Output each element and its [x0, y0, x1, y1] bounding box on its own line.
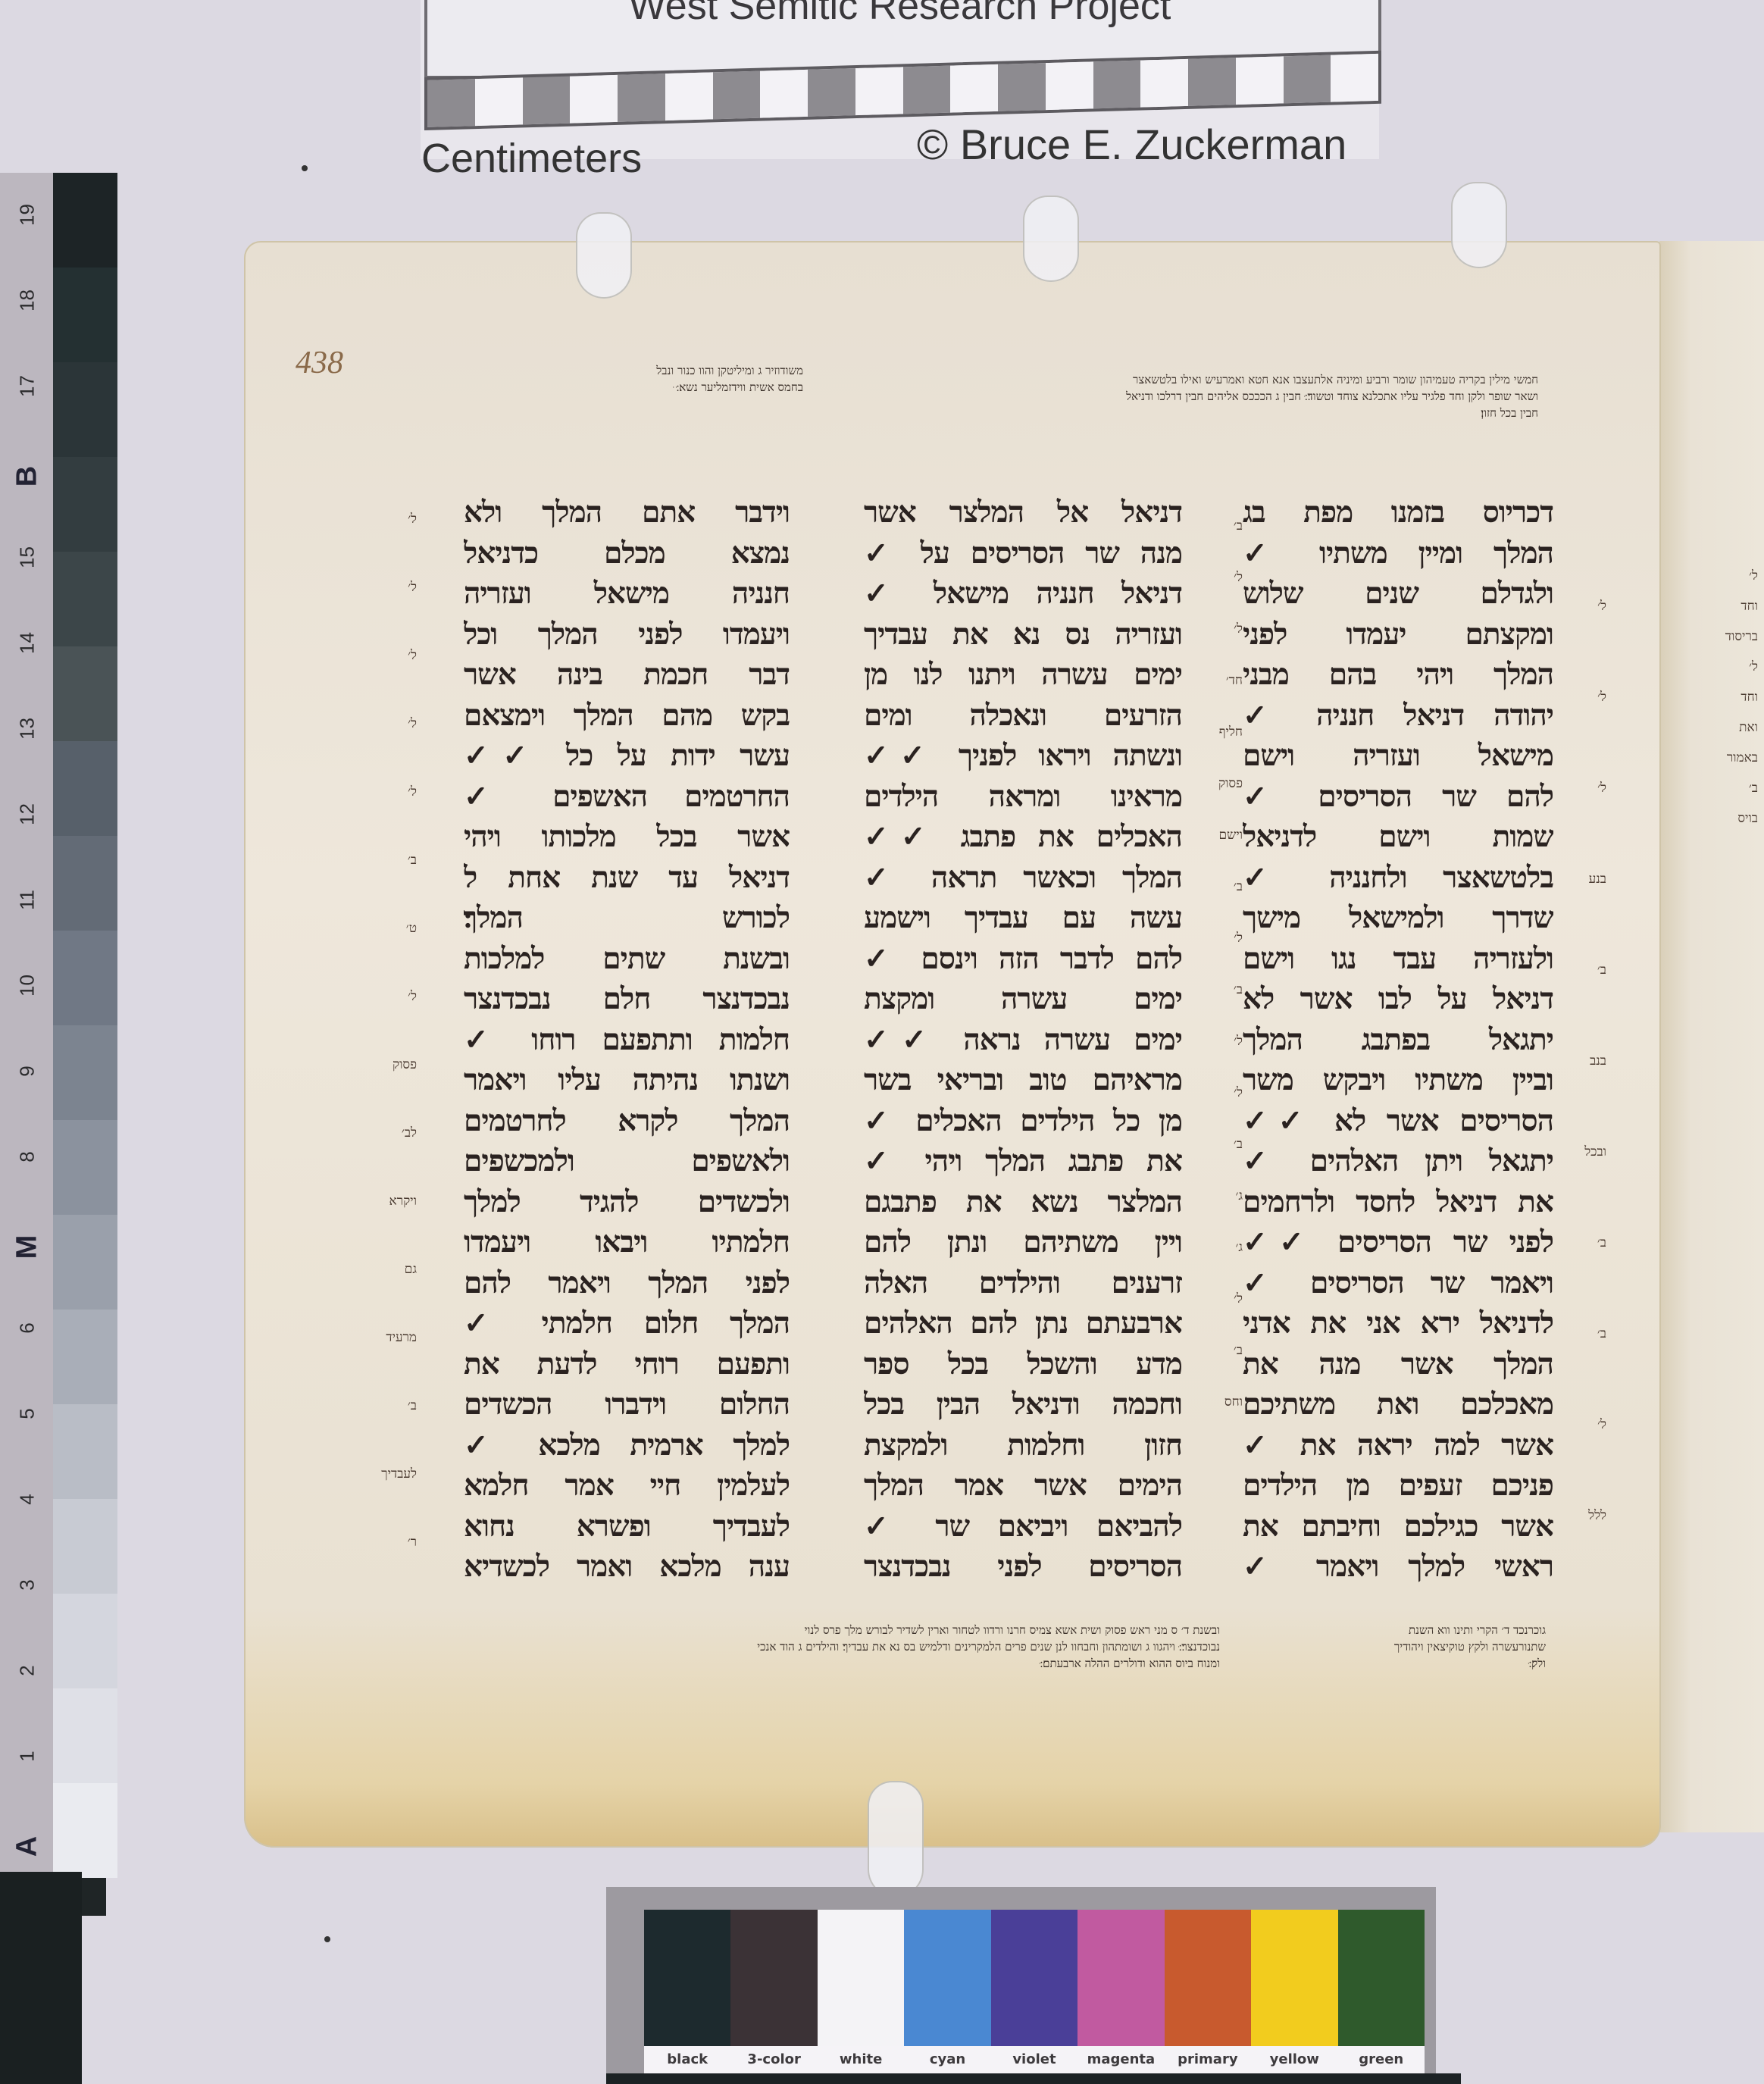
masorah-line: לעבדיך [356, 1440, 417, 1508]
text-line: להביאם ויביאם שר ✓ [864, 1507, 1182, 1547]
text-line: הזרעים ונאכלה ומים [864, 696, 1182, 737]
margin-notes-facing-page: ל׳וחדבריסודל׳וחדואתבאמורב׳בויס [1705, 561, 1758, 834]
text-line: מישאל ועזריה וישם [1243, 736, 1553, 777]
text-line: ולאשפים ולמכשפים [464, 1141, 790, 1182]
masorah-line: ב׳ [1705, 773, 1758, 803]
text-line: שדרך ולמישאל מישך [1243, 898, 1553, 939]
masorah-line: ב׳ [1197, 1325, 1243, 1376]
masorah-line: וישם [1197, 809, 1243, 861]
ruler-tick: 17 [16, 364, 39, 409]
ruler-tick: 5 [16, 1391, 39, 1437]
dust-speck [302, 165, 308, 171]
text-line: המלך אשר מנה את [1243, 1344, 1553, 1385]
ruler-tick: 15 [16, 535, 39, 580]
masorah-line: נבוכדנצר׃ ּ׃ ויהגוו ג ושומתהון וחבחוו לנ… [470, 1638, 1220, 1655]
scale-square [1093, 61, 1141, 109]
color-swatches [644, 1910, 1425, 2061]
masorah-line: ל׳ [356, 690, 417, 758]
masorah-line: ל׳ [1705, 652, 1758, 682]
scale-square [1046, 61, 1093, 110]
scale-square [998, 63, 1046, 111]
ruler-tick: 8 [16, 1134, 39, 1180]
gray-step [53, 1783, 117, 1878]
ruler-tick: 4 [16, 1477, 39, 1522]
masorah-line: ל׳ [1705, 561, 1758, 591]
text-line: ובשנת שתים למלכות [464, 939, 790, 980]
masorah-line: ל׳ [1197, 552, 1243, 603]
masorah-line: ובשנת ד׳ ס מני ראש פסוק ושית אשא צמיס חר… [470, 1622, 1220, 1638]
text-column-middle: דניאל אל המלצר אשרמנה שר הסריסים על ✓דני… [864, 493, 1182, 1588]
masorah-line: ר׳ [356, 1508, 417, 1576]
upper-masorah-right: חמשי מילין בקריה טעמיהון שומר ורביע ומינ… [887, 371, 1538, 421]
text-line: דניאל חנניה מישאל ✓ [864, 574, 1182, 615]
color-swatch-white [818, 1910, 904, 2061]
text-line: ולכשדים להגיד למלך [464, 1182, 790, 1223]
text-line: המלך לקרא לחרטמים [464, 1101, 790, 1142]
scale-square [713, 71, 761, 120]
masorah-line: ל׳ [1569, 1379, 1606, 1470]
masorah-line: ל׳ [1569, 652, 1606, 743]
masorah-line: ב׳ [1197, 964, 1243, 1015]
text-line: את דניאל לחסד ולרחמים [1243, 1182, 1553, 1223]
gray-step [53, 1499, 117, 1594]
ruler-tick: 9 [16, 1049, 39, 1094]
gray-step [53, 173, 117, 268]
scale-square [1331, 54, 1378, 102]
text-line: עשר ידות על כל ✓✓ [464, 736, 790, 777]
ruler-tick: 1 [16, 1734, 39, 1779]
text-line: ויעמדו לפני המלך וכל [464, 615, 790, 656]
text-column-right: דכריוס בזמנו מפת בגהמלך ומיין משתיו ✓ולג… [1243, 493, 1553, 1588]
masorah-line: בויס [1705, 803, 1758, 834]
text-line: אשר בכל מלכותו ויהי [464, 817, 790, 858]
color-swatch-primary-red [1165, 1910, 1251, 2061]
text-line: האכלים את פתבג ✓✓ [864, 817, 1182, 858]
text-line: דניאל עד שנת אחת ל [464, 858, 790, 899]
masorah-line: ב׳ [356, 1372, 417, 1440]
masorah-line: ל׳ [1197, 1273, 1243, 1325]
ruler-tick: 3 [16, 1563, 39, 1608]
masorah-line: גם [356, 1235, 417, 1303]
text-line: ולעזריה עבד נגו וישם [1243, 939, 1553, 980]
color-swatch-3-color [730, 1910, 817, 2061]
scale-square [808, 68, 855, 117]
text-line: המלך ויהי בהם מבני [1243, 655, 1553, 696]
text-line: זרענים והילדים האלה [864, 1263, 1182, 1304]
ruler-tick: 19 [16, 192, 39, 238]
scale-square [1188, 58, 1236, 106]
text-line: וחכמה ודניאל הבין בכל [864, 1385, 1182, 1425]
masorah-line: ב׳ [356, 826, 417, 894]
gray-step [53, 268, 117, 362]
scale-card-title: West Semitic Research Project [424, 0, 1375, 29]
text-line: ולגדלם שנים שלוש [1243, 574, 1553, 615]
text-line: חלמתיו ויבאו ויעמדו [464, 1222, 790, 1263]
masorah-line: וחס [1197, 1376, 1243, 1428]
ruler-tick: B [11, 454, 44, 499]
swatch-label: black [644, 2046, 730, 2073]
masorah-line: ל׳ [1197, 912, 1243, 964]
swatch-label: 3-color [730, 2046, 817, 2073]
vertical-ruler: 191817B15141312111098M654321A [0, 173, 53, 1878]
masorah-line: בחמס אשית ווידזמליער נשא׃ ּ׃ ּ [485, 379, 803, 396]
text-line: בקש מהם המלך וימצאם [464, 696, 790, 737]
color-swatch-magenta [1077, 1910, 1164, 2061]
lower-masorah-right: גוכרנכד ד׳ הקרי ותינו ווא השנתשתנורעשרה … [1318, 1622, 1546, 1672]
facing-page-edge [1659, 241, 1764, 1832]
masorah-line: בנב [1569, 1015, 1606, 1106]
text-line: מן כל הילדים האכלים ✓ [864, 1101, 1182, 1142]
gray-step [53, 552, 117, 646]
scale-square [618, 74, 665, 122]
masorah-line: ל׳ [1197, 603, 1243, 655]
text-line: אשר כגילכם וחיבתם את [1243, 1507, 1553, 1547]
text-line: לדניאל ירא אני את אדני [1243, 1303, 1553, 1344]
text-line: בלטשאצר ולחנניה ✓ [1243, 858, 1553, 899]
text-line: דניאל אל המלצר אשר [864, 493, 1182, 534]
masorah-line: ואת [1705, 712, 1758, 743]
text-line: מראיהם טוב ובריאי בשר [864, 1060, 1182, 1101]
masorah-line: ב׳ [1569, 925, 1606, 1015]
ruler-tick: 18 [16, 278, 39, 324]
text-line: ימים עשרה ויתנו לנו מן [864, 655, 1182, 696]
margin-notes-left: ל׳ל׳ל׳ל׳ל׳ב׳ט׳ל׳פסוקלב׳ויקראגםמרעידב׳לעב… [356, 485, 417, 1576]
text-line: המלך וכאשר תראה ✓ [864, 858, 1182, 899]
swatch-label: yellow [1251, 2046, 1337, 2073]
mounting-clip [1451, 182, 1507, 268]
masorah-line: בנע [1569, 834, 1606, 925]
text-line: הסריסים אשר לא ✓✓ [1243, 1101, 1553, 1142]
masorah-line: ובכל [1569, 1106, 1606, 1197]
masorah-line: לב׳ [356, 1099, 417, 1167]
text-column-left: וידבר אתם המלך ולאנמצא מכלם כדניאלחנניה … [464, 493, 790, 1588]
text-line: המלך חלום חלמתי ✓ [464, 1303, 790, 1344]
color-swatch-violet [991, 1910, 1077, 2061]
masorah-line: ל׳ [1569, 743, 1606, 834]
gray-step [53, 1310, 117, 1404]
text-line: ראשי למלך ויאמר ✓ [1243, 1547, 1553, 1588]
masorah-line: ל׳ [356, 485, 417, 553]
swatch-label: white [818, 2046, 904, 2073]
gray-step [53, 741, 117, 836]
masorah-line: באמור [1705, 743, 1758, 773]
text-line: וידבר אתם המלך ולא [464, 493, 790, 534]
text-line: וביין משתיו ויבקש משר [1243, 1060, 1553, 1101]
ruler-tick: 2 [16, 1648, 39, 1694]
text-line: לעלמין חיי אמר חלמא [464, 1466, 790, 1507]
gray-step [53, 1120, 117, 1215]
swatch-label: cyan [904, 2046, 990, 2073]
scale-square [1236, 56, 1284, 105]
text-line: ויאמר שר הסריסים ✓ [1243, 1263, 1553, 1304]
gray-step [53, 931, 117, 1025]
text-line: אשר למה יראה את ✓ [1243, 1425, 1553, 1466]
text-line: יתגאל בפתבג המלך [1243, 1020, 1553, 1061]
swatch-label: green [1338, 2046, 1425, 2073]
text-line: נמצא מכלם כדניאל [464, 534, 790, 574]
masorah-line: ל׳ [356, 553, 417, 621]
text-line: הסריסים לפני נבכדנצר [864, 1547, 1182, 1588]
text-line: יהודה דניאל חנניה ✓ [1243, 696, 1553, 737]
text-line: חזון וחלמות ולמקצת [864, 1425, 1182, 1466]
color-swatch-black [644, 1910, 730, 2061]
text-line: לכורש המלך׃ [464, 898, 790, 939]
text-line: נבכדנצר חלם נבכדנצר [464, 979, 790, 1020]
ruler-base [0, 1872, 82, 2084]
ruler-tick: 11 [16, 878, 39, 923]
masorah-line: חד׳ [1197, 655, 1243, 706]
masorah-line: ומנוח ביוס ההוא ודולרים ההלה ארבעתם׃ ּ׃ [470, 1655, 1220, 1672]
text-line: לפני שר הסריסים ✓✓ [1243, 1222, 1553, 1263]
masorah-line: ל׳ [356, 621, 417, 690]
text-line: מנה שר הסריסים על ✓ [864, 534, 1182, 574]
upper-masorah-left: משודוזיר ג ומיליטקן והוו כנור ונבלבחמס א… [485, 362, 803, 396]
text-line: ועזריה נס נא את עבדיך [864, 615, 1182, 656]
masorah-line: ב׳ [1197, 861, 1243, 912]
gray-step [53, 1688, 117, 1783]
masorah-line: ט׳ [356, 894, 417, 962]
scale-units-label: Centimeters [421, 135, 642, 182]
scale-square [950, 64, 998, 113]
text-line: לעבדיך ופשרא נחוא [464, 1507, 790, 1547]
scale-square [570, 75, 618, 124]
masorah-line: גוכרנכד ד׳ הקרי ותינו ווא השנת [1318, 1622, 1546, 1638]
scale-square [427, 79, 475, 127]
ruler-tick: 10 [16, 963, 39, 1009]
color-card-base [606, 2073, 1461, 2084]
ruler-tick: 14 [16, 621, 39, 666]
text-line: הימים אשר אמר המלך [864, 1466, 1182, 1507]
copyright-label: © Bruce E. Zuckerman [917, 120, 1346, 169]
masorah-line: ב׳ [1569, 1197, 1606, 1288]
text-line: ונשתה ויראו לפניך ✓✓ [864, 736, 1182, 777]
mounting-clip [868, 1781, 924, 1898]
text-line: ענה מלכא ואמר לכשדיא [464, 1547, 790, 1588]
text-line: יתגאל ויתן האלהים ✓ [1243, 1141, 1553, 1182]
masorah-line: ג׳ [1197, 1170, 1243, 1222]
text-line: דבר חכמת בינה אשר [464, 655, 790, 696]
gray-step [53, 1215, 117, 1310]
scale-square [475, 77, 523, 126]
text-line: המלך ומיין משתיו ✓ [1243, 534, 1553, 574]
scale-square [523, 77, 571, 125]
masorah-line: ל׳ [1197, 1015, 1243, 1067]
masorah-line: ולק׃ ּ׃ [1318, 1655, 1546, 1672]
masorah-line: שתנורעשרה ולקץ טוקיצאין ויהודיך [1318, 1638, 1546, 1655]
color-swatch-yellow [1251, 1910, 1337, 2061]
masorah-line: פסוק [1197, 758, 1243, 809]
color-swatch-cyan [904, 1910, 990, 2061]
gray-step [53, 1025, 117, 1120]
text-line: דניאל על לבו אשר לא [1243, 979, 1553, 1020]
ruler-tick: 13 [16, 706, 39, 752]
text-line: ושנתו נהיתה עליו ויאמר [464, 1060, 790, 1101]
swatch-label: magenta [1077, 2046, 1164, 2073]
mounting-clip [576, 212, 632, 299]
masorah-line: ושאר שופר ולקן וחד פלגיר עליו אתכלנא צוח… [887, 388, 1538, 405]
masorah-line: ג׳ [1197, 1222, 1243, 1273]
masorah-line: ב׳ [1569, 1288, 1606, 1379]
folio-number: 438 [296, 345, 343, 381]
text-line: חנניה מישאל ועזריה [464, 574, 790, 615]
masorah-line: מרעיד [356, 1303, 417, 1372]
text-line: החרטמים האשפים ✓ [464, 777, 790, 818]
text-line: ימים עשרה נראה ✓✓ [864, 1020, 1182, 1061]
masorah-line: חמשי מילין בקריה טעמיהון שומר ורביע ומינ… [887, 371, 1538, 388]
text-line: פניכם זעפים מן הילדים [1243, 1466, 1553, 1507]
ruler-tick: 12 [16, 792, 39, 837]
gray-step [53, 362, 117, 457]
scale-square [760, 70, 808, 118]
text-line: מדע והשכל בכל ספר [864, 1344, 1182, 1385]
gray-step [53, 1404, 117, 1499]
masorah-line: ל׳ [356, 962, 417, 1031]
text-line: למלך ארמית מלכא ✓ [464, 1425, 790, 1466]
grayscale-step-wedge [53, 173, 117, 1878]
masorah-line: ב׳ [1197, 1119, 1243, 1170]
masorah-line: חבין בכל חזון׃ [887, 405, 1538, 421]
text-line: להם שר הסריסים ✓ [1243, 777, 1553, 818]
masorah-line: חליף [1197, 706, 1243, 758]
text-line: דכריוס בזמנו מפת בג [1243, 493, 1553, 534]
text-line: ומקצתם יעמדו לפני [1243, 615, 1553, 656]
text-line: את פתבג המלך ויהי ✓ [864, 1141, 1182, 1182]
gray-step [53, 457, 117, 552]
dust-speck [324, 1936, 330, 1942]
masorah-line: ל׳ [1569, 561, 1606, 652]
text-line: שמות וישם לדניאל [1243, 817, 1553, 858]
text-line: ארבעתם נתן להם האלהים [864, 1303, 1182, 1344]
swatch-label: primary red [1165, 2046, 1251, 2073]
masorah-line: וחד [1705, 591, 1758, 621]
color-swatch-labels: black3-colorwhitecyanvioletmagentaprimar… [644, 2046, 1425, 2073]
masorah-line: משודוזיר ג ומיליטקן והוו כנור ונבל [485, 362, 803, 379]
scale-square [1284, 55, 1331, 104]
masorah-line: ויקרא [356, 1167, 417, 1235]
text-line: ויין משתיהם ונתן להם [864, 1222, 1182, 1263]
text-line: ותפעם רוחי לדעת את [464, 1344, 790, 1385]
color-swatch-green [1338, 1910, 1425, 2061]
scale-square [665, 72, 713, 120]
gray-step [53, 1594, 117, 1688]
scale-square [1140, 59, 1188, 108]
mounting-clip [1023, 196, 1079, 282]
ruler-tick: M [11, 1225, 44, 1270]
masorah-line: ל׳ [356, 758, 417, 826]
masorah-line: בריסוד [1705, 621, 1758, 652]
text-line: ימים עשרה ומקצת [864, 979, 1182, 1020]
text-line: עשה עם עבדיך וישמע [864, 898, 1182, 939]
text-line: מאכלכם ואת משתיכם [1243, 1385, 1553, 1425]
text-line: החלום וידברו הכשדים [464, 1385, 790, 1425]
margin-notes-right: ל׳ל׳ל׳בנעב׳בנבובכלב׳ב׳ל׳ללל [1569, 561, 1606, 1561]
text-line: להם לדבר הזה וינסם ✓ [864, 939, 1182, 980]
text-line: מראינו ומראה הילדים [864, 777, 1182, 818]
text-line: לפני המלך ויאמר להם [464, 1263, 790, 1304]
scale-square [855, 67, 903, 115]
text-line: המלצר נשא את פתבגם [864, 1182, 1182, 1223]
masorah-line: פסוק [356, 1031, 417, 1099]
masorah-line: ל׳ [1197, 1067, 1243, 1119]
masorah-line: ב׳ [1197, 500, 1243, 552]
margin-notes-middle: ב׳ל׳ל׳חד׳חליףפסוקוישםב׳ל׳ב׳ל׳ל׳ב׳ג׳ג׳ל׳ב… [1197, 500, 1243, 1428]
gray-step [53, 646, 117, 741]
ruler-tick: A [11, 1824, 44, 1870]
gray-step [53, 836, 117, 931]
masorah-line: ללל [1569, 1470, 1606, 1561]
scale-square [903, 66, 951, 114]
swatch-label: violet [991, 2046, 1077, 2073]
masorah-line: וחד [1705, 682, 1758, 712]
ruler-tick: 6 [16, 1306, 39, 1351]
text-line: חלמות ותתפעם רוחו ✓ [464, 1020, 790, 1061]
